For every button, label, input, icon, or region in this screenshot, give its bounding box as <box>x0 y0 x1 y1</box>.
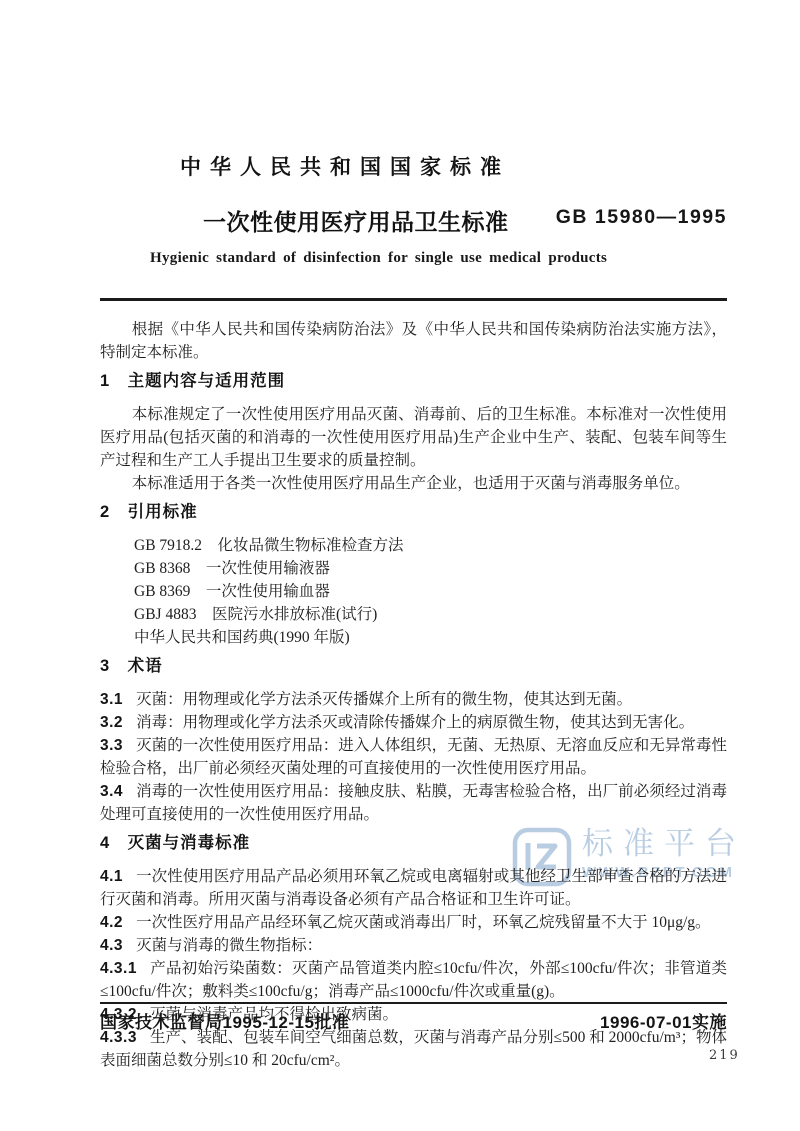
section-1-paragraph-2: 本标准适用于各类一次性使用医疗用品生产企业，也适用于灭菌与消毒服务单位。 <box>100 472 727 495</box>
section-3-heading: 3 术语 <box>100 656 727 676</box>
clause-text: 灭菌与消毒产品均不得检出致病菌。 <box>150 1006 398 1023</box>
document-title: 一次性使用医疗用品卫生标准 <box>203 204 509 237</box>
clause-text: 灭菌：用物理或化学方法杀灭传播媒介上所有的微生物，使其达到无菌。 <box>136 691 632 708</box>
clause-4-1: 4.1一次性使用医疗用品产品必须用环氧乙烷或电离辐射或其他经卫生部审查合格的方法… <box>100 865 727 911</box>
clause-3-3: 3.3灭菌的一次性使用医疗用品：进入人体组织，无菌、无热原、无溶血反应和无异常毒… <box>100 734 727 780</box>
clause-3-4: 3.4消毒的一次性使用医疗用品：接触皮肤、粘膜，无毒害检验合格，出厂前必须经过消… <box>100 780 727 826</box>
intro-paragraph: 根据《中华人民共和国传染病防治法》及《中华人民共和国传染病防治法实施方法》，特制… <box>100 318 727 364</box>
clause-text: 生产、装配、包装车间空气细菌总数，灭菌与消毒产品分别≤500 和 2000cfu… <box>100 1029 727 1069</box>
header-rule <box>100 298 727 301</box>
document-body: 根据《中华人民共和国传染病防治法》及《中华人民共和国传染病防治法实施方法》，特制… <box>100 318 727 1072</box>
clause-text: 灭菌与消毒的微生物指标： <box>136 937 322 954</box>
clause-3-2: 3.2消毒：用物理或化学方法杀灭或清除传播媒介上的病原微生物，使其达到无害化。 <box>100 711 727 734</box>
clause-number: 4.2 <box>100 914 123 931</box>
clause-number: 3.2 <box>100 714 123 731</box>
clause-text: 产品初始污染菌数：灭菌产品管道类内腔≤10cfu/件次，外部≤100cfu/件次… <box>100 960 727 1000</box>
title-row: 一次性使用医疗用品卫生标准 GB 15980—1995 <box>100 204 727 237</box>
clause-number: 3.3 <box>100 737 123 754</box>
section-1-heading: 1 主题内容与适用范围 <box>100 371 727 391</box>
clause-4-3: 4.3灭菌与消毒的微生物指标： <box>100 934 727 957</box>
reference-item: 中华人民共和国药典(1990 年版) <box>134 626 727 649</box>
reference-list: GB 7918.2 化妆品微生物标准检查方法 GB 8368 一次性使用输液器 … <box>134 534 727 649</box>
clause-text: 灭菌的一次性使用医疗用品：进入人体组织，无菌、无热原、无溶血反应和无异常毒性检验… <box>100 737 727 777</box>
clause-4-3-3: 4.3.3生产、装配、包装车间空气细菌总数，灭菌与消毒产品分别≤500 和 20… <box>100 1026 727 1072</box>
document-page: 标准平台 WWW.BZPT.COM 中华人民共和国国家标准 一次性使用医疗用品卫… <box>0 0 800 1131</box>
clause-number: 4.3.3 <box>100 1029 137 1046</box>
standard-org-title: 中华人民共和国国家标准 <box>110 151 580 181</box>
clause-4-3-1: 4.3.1产品初始污染菌数：灭菌产品管道类内腔≤10cfu/件次，外部≤100c… <box>100 957 727 1003</box>
clause-number: 4.3.2 <box>100 1006 137 1023</box>
clause-number: 4.3.1 <box>100 960 137 977</box>
clause-text: 消毒：用物理或化学方法杀灭或清除传播媒介上的病原微生物，使其达到无害化。 <box>136 714 694 731</box>
clause-4-3-2: 4.3.2灭菌与消毒产品均不得检出致病菌。 <box>100 1003 727 1026</box>
reference-item: GB 7918.2 化妆品微生物标准检查方法 <box>134 534 727 557</box>
reference-item: GB 8369 一次性使用输血器 <box>134 580 727 603</box>
section-2-heading: 2 引用标准 <box>100 502 727 522</box>
section-1-paragraph-1: 本标准规定了一次性使用医疗用品灭菌、消毒前、后的卫生标准。本标准对一次性使用医疗… <box>100 403 727 472</box>
clause-number: 4.1 <box>100 868 123 885</box>
clause-text: 消毒的一次性使用医疗用品：接触皮肤、粘膜，无毒害检验合格，出厂前必须经过消毒处理… <box>100 783 727 823</box>
clause-text: 一次性医疗用品产品经环氧乙烷灭菌或消毒出厂时，环氧乙烷残留量不大于 10μg/g… <box>136 914 711 931</box>
clause-number: 3.4 <box>100 783 123 800</box>
reference-item: GBJ 4883 医院污水排放标准(试行) <box>134 603 727 626</box>
section-4-heading: 4 灭菌与消毒标准 <box>100 833 727 853</box>
clause-number: 4.3 <box>100 937 123 954</box>
clause-text: 一次性使用医疗用品产品必须用环氧乙烷或电离辐射或其他经卫生部审查合格的方法进行灭… <box>100 868 727 908</box>
english-title: Hygienic standard of disinfection for si… <box>150 250 607 267</box>
clause-number: 3.1 <box>100 691 123 708</box>
standard-number: GB 15980—1995 <box>556 206 727 229</box>
reference-item: GB 8368 一次性使用输液器 <box>134 557 727 580</box>
clause-4-2: 4.2一次性医疗用品产品经环氧乙烷灭菌或消毒出厂时，环氧乙烷残留量不大于 10μ… <box>100 911 727 934</box>
clause-3-1: 3.1灭菌：用物理或化学方法杀灭传播媒介上所有的微生物，使其达到无菌。 <box>100 688 727 711</box>
